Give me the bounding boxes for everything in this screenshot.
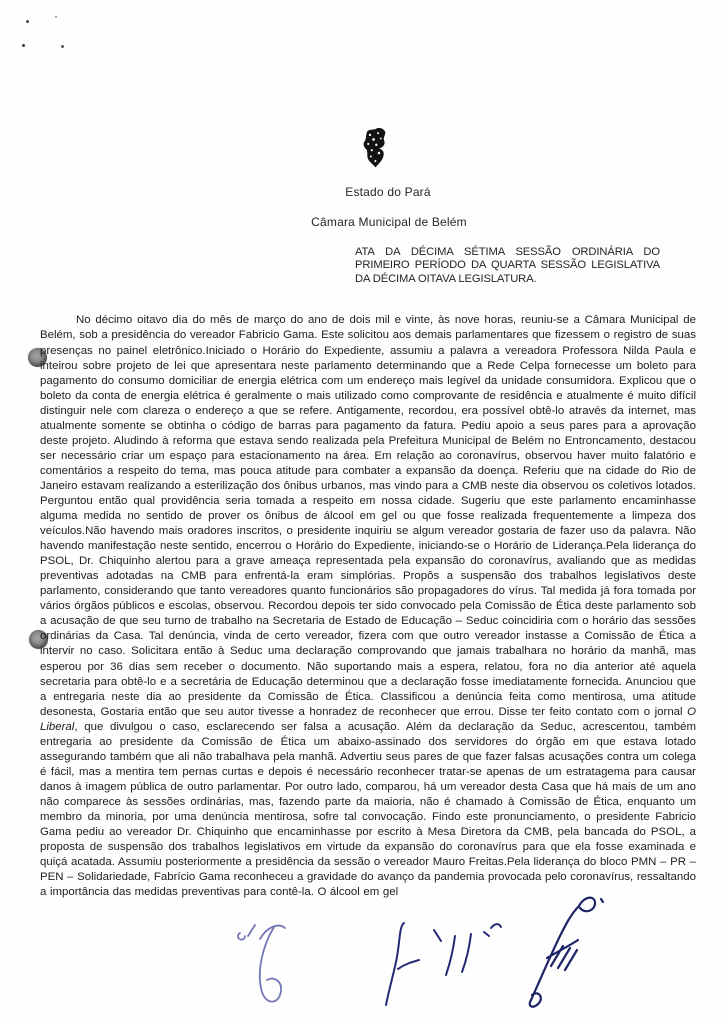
scan-speck [61, 45, 64, 48]
document-body: No décimo oitavo dia do mês de março do … [40, 313, 696, 900]
coat-of-arms-icon [361, 127, 388, 169]
scan-speck [55, 16, 57, 18]
scan-speck [26, 20, 29, 23]
document-title: ATA DA DÉCIMA SÉTIMA SESSÃO ORDINÁRIA DO… [355, 246, 660, 286]
scanned-document-page: Estado do Pará Câmara Municipal de Belém… [0, 0, 725, 1024]
handwritten-signature-left [232, 917, 317, 1012]
scan-speck [22, 44, 25, 47]
body-part-2: , que divulgou o caso, esclarecendo ser … [40, 721, 696, 899]
handwritten-signature-right [517, 888, 612, 1008]
body-part-1: No décimo oitavo dia do mês de março do … [40, 314, 696, 717]
institution-name: Câmara Municipal de Belém [311, 215, 467, 229]
state-name: Estado do Pará [345, 185, 431, 199]
handwritten-signature-middle [378, 914, 503, 1014]
